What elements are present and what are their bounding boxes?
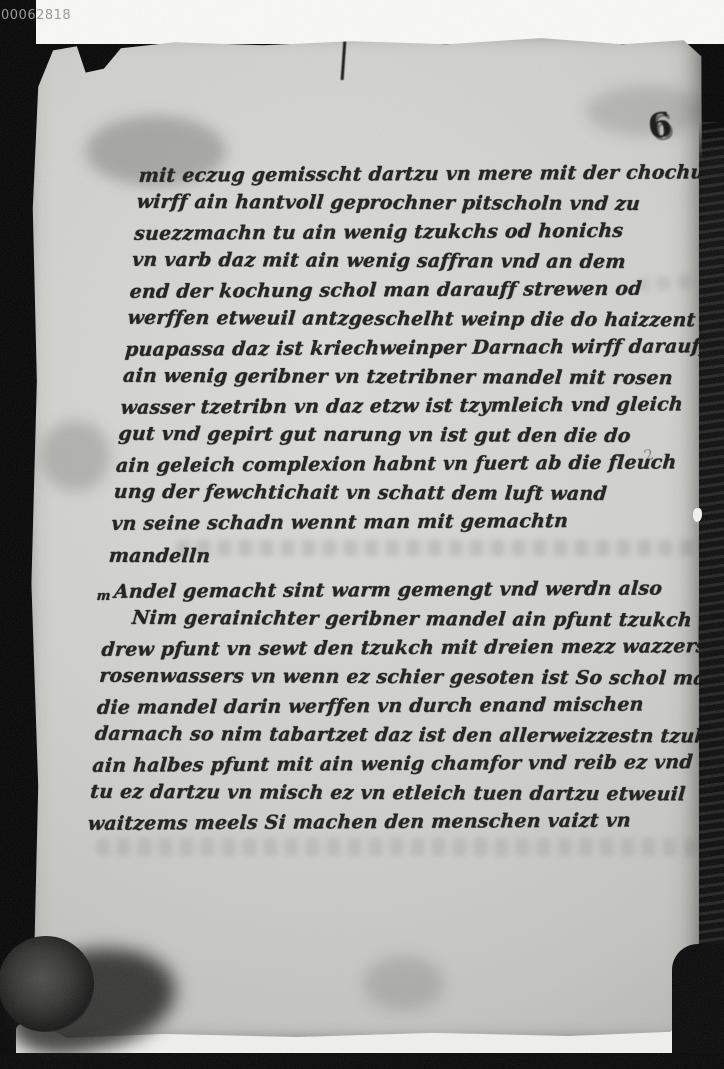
manuscript-page: 6 2 mit eczug gemisscht dartzu vn mere m… (26, 26, 704, 1040)
gutter-strip (699, 122, 724, 1069)
seal-blob (0, 936, 94, 1032)
backing-paper-top (36, 0, 724, 44)
gutter-strip (672, 944, 724, 1069)
photo-id-label: 00062818 (1, 8, 71, 23)
page-edge-shading (26, 26, 704, 1040)
manuscript-photo: 00062818 6 2 mit eczug gemisscht dartzu … (0, 0, 724, 1069)
photo-border (0, 1053, 724, 1069)
